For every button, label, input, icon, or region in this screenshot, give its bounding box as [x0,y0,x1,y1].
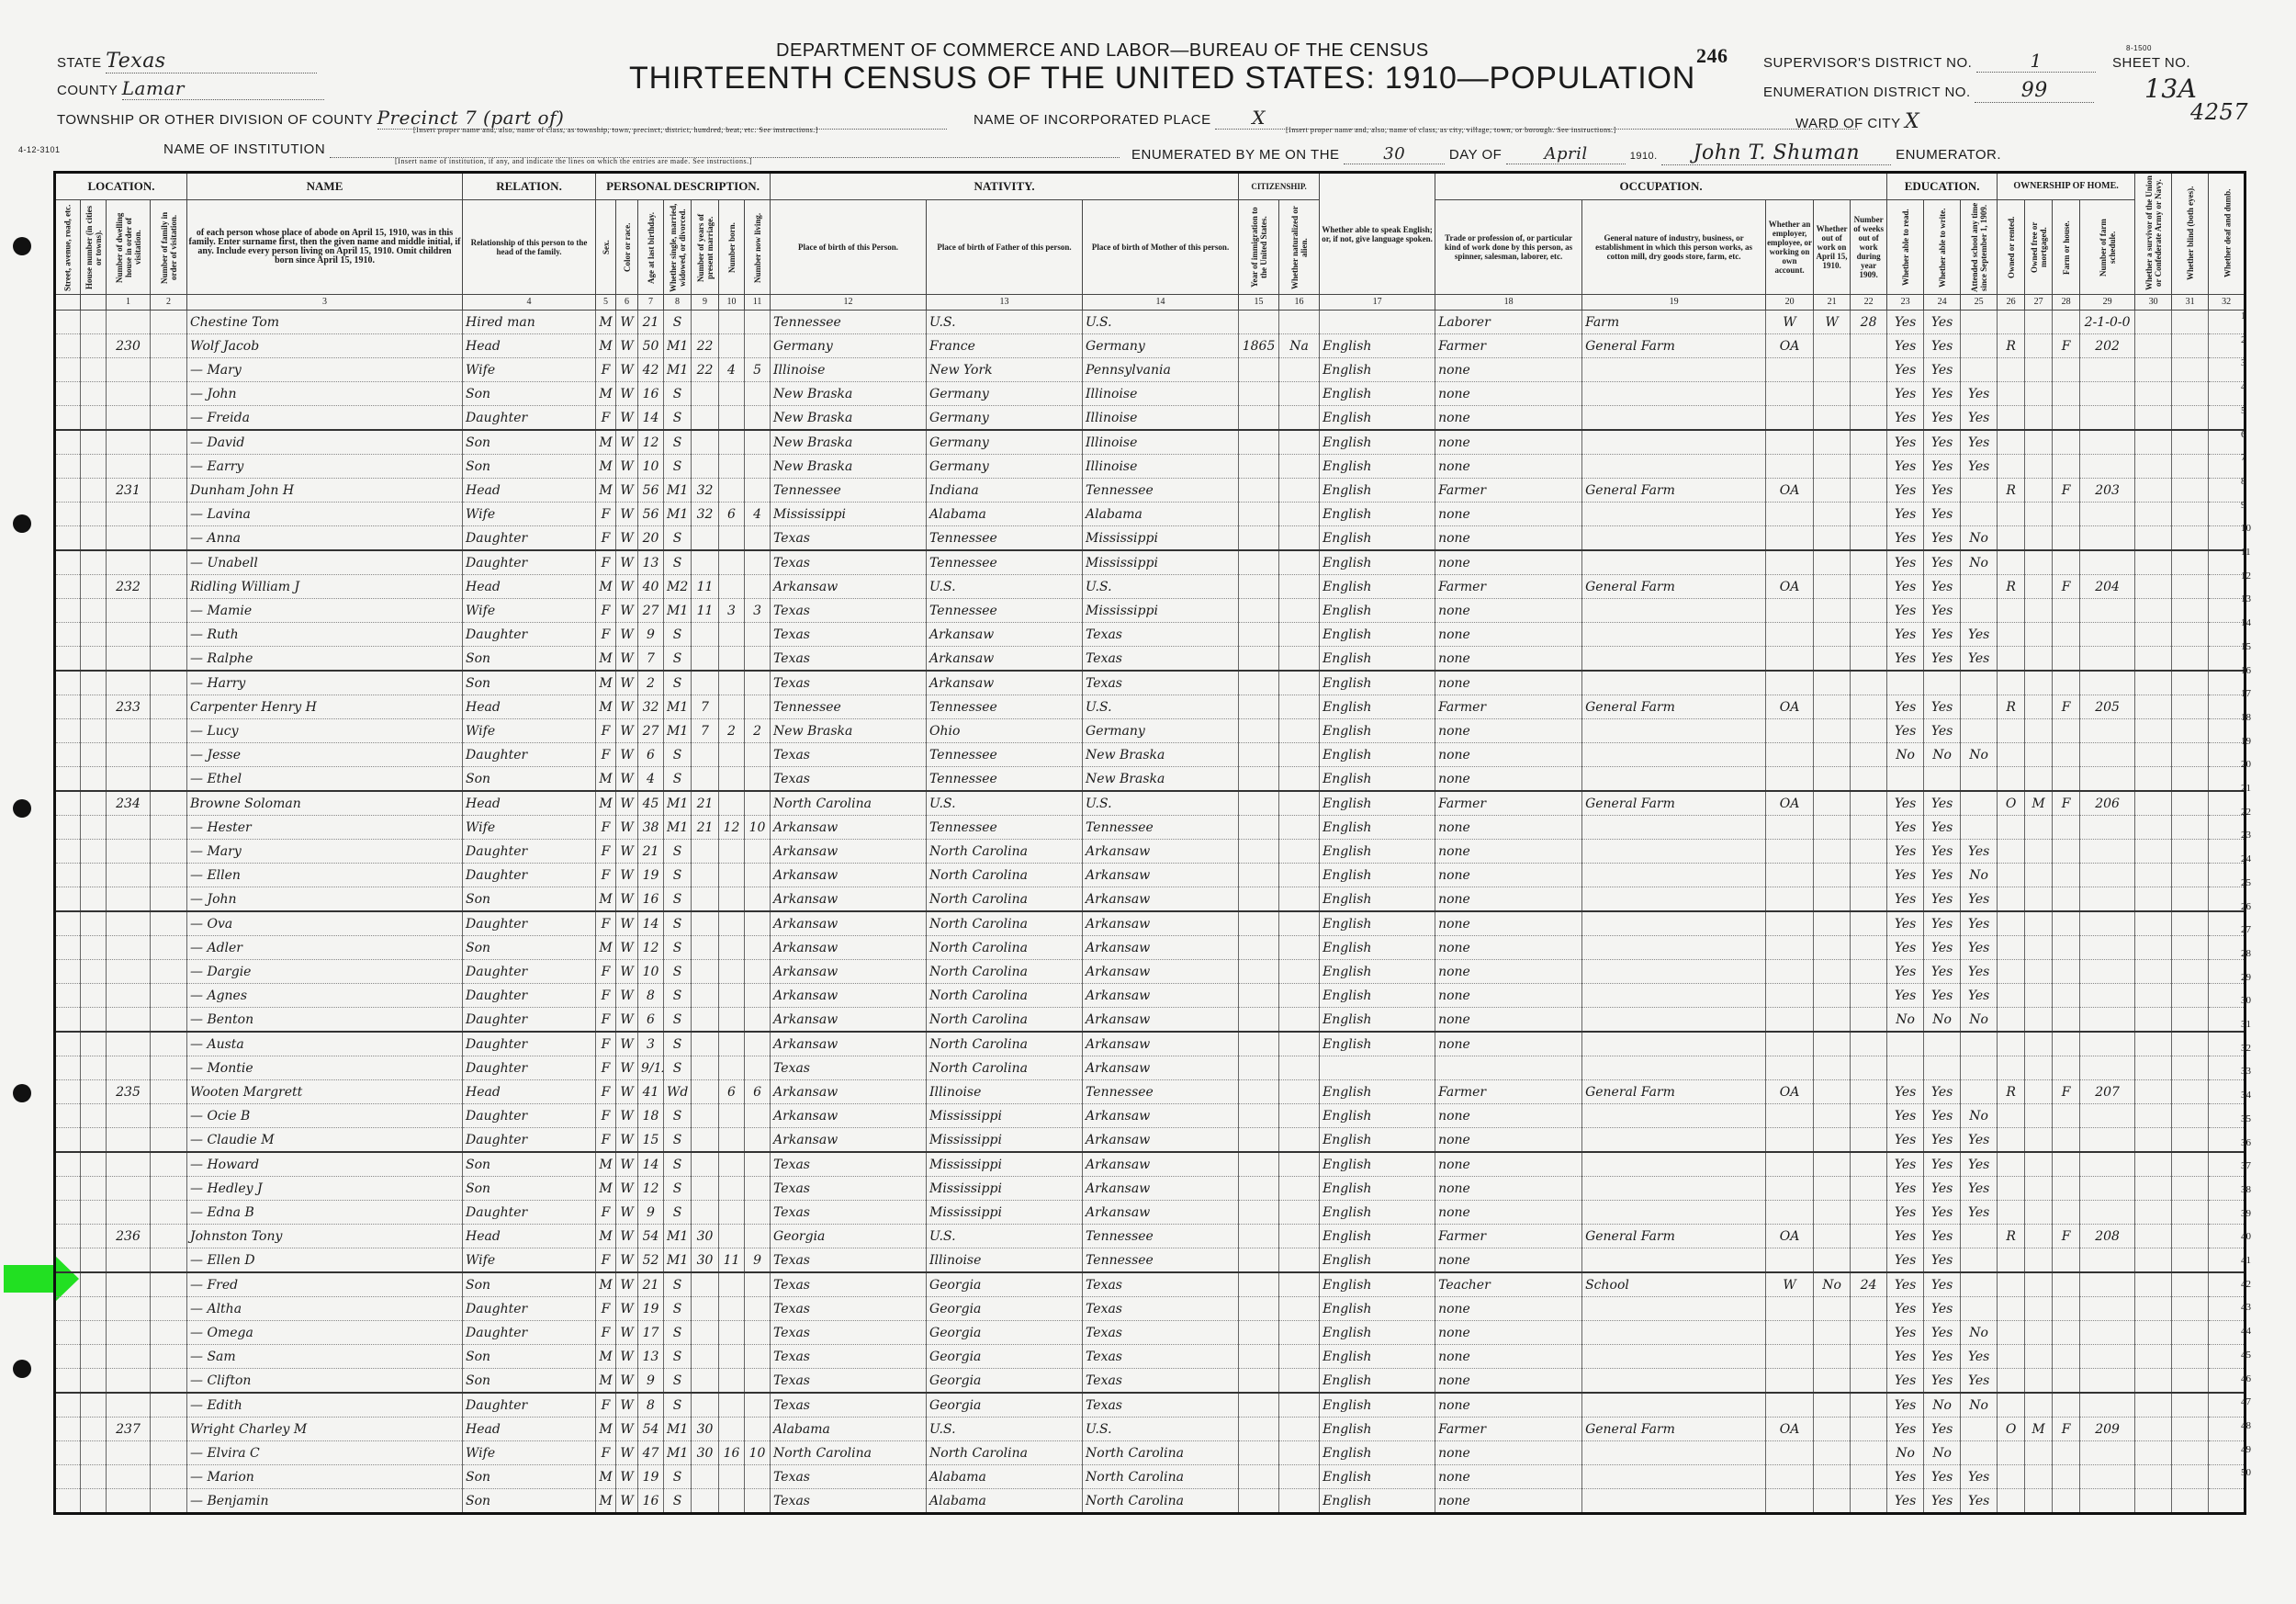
line-number: 31 [2241,1019,2251,1030]
cell-family [151,1272,187,1297]
cell-school [1961,1272,1998,1297]
cell-father-birth: Alabama [927,1489,1083,1514]
cell-farm: F [2053,1418,2080,1441]
cell-relation: Daughter [463,623,596,647]
cell-living [745,791,771,816]
cell-owned [1998,1104,2025,1128]
cell-street [55,1345,81,1369]
cell-weeks [1851,1152,1887,1177]
cell-age: 14 [638,406,664,431]
cell-schedule [2080,647,2135,672]
cell-read: Yes [1887,382,1924,406]
cell-dwelling [107,887,151,912]
cell-language: English [1320,1272,1435,1297]
cell-farm [2053,623,2080,647]
cell-years-married: 21 [692,791,719,816]
cell-deaf [2209,1369,2245,1394]
cell-language: English [1320,695,1435,719]
cell-mortgaged: M [2025,1418,2053,1441]
cell-relation: Son [463,455,596,479]
cell-occupation: none [1435,1465,1582,1489]
cell-industry [1582,1008,1766,1033]
cell-occupation: none [1435,1104,1582,1128]
cell-schedule: 202 [2080,334,2135,358]
cell-father-birth: Tennessee [927,599,1083,623]
cell-class [1766,816,1814,840]
cell-occupation: none [1435,503,1582,526]
cell-occupation: none [1435,1441,1582,1465]
cell-farm [2053,430,2080,455]
cell-blind [2172,1177,2209,1201]
cell-sex: M [596,695,616,719]
cell-race: W [616,984,638,1008]
cell-marital: M1 [664,816,692,840]
cell-street [55,911,81,936]
cell-occupation: none [1435,743,1582,767]
col-dwelling: Number of dwelling house in order of vis… [107,200,151,295]
cell-years-married [692,1032,719,1056]
cell-age: 14 [638,911,664,936]
cell-school: No [1961,864,1998,887]
cell-name: — Edith [187,1393,463,1418]
cell-street [55,1272,81,1297]
cell-write: Yes [1924,864,1961,887]
cell-farm [2053,743,2080,767]
column-number: 8 [664,295,692,311]
cell-age: 9 [638,1201,664,1225]
cell-naturalized [1279,1225,1320,1248]
census-row: 233Carpenter Henry HHeadMW32M17Tennessee… [55,695,2245,719]
cell-industry [1582,406,1766,431]
cell-immigration [1239,1177,1279,1201]
cell-mother-birth: Texas [1083,1369,1239,1394]
cell-years-married: 30 [692,1418,719,1441]
cell-street [55,1393,81,1418]
cell-class: W [1766,1272,1814,1297]
cell-weeks [1851,791,1887,816]
cell-veteran [2135,1248,2172,1273]
cell-immigration [1239,767,1279,792]
cell-weeks [1851,1104,1887,1128]
punch-hole [13,237,31,255]
cell-house [81,1441,107,1465]
cell-occupation: none [1435,526,1582,551]
cell-write: Yes [1924,1489,1961,1514]
cell-living: 2 [745,719,771,743]
cell-school: Yes [1961,887,1998,912]
cell-industry [1582,647,1766,672]
column-number: 19 [1582,295,1766,311]
cell-sex: F [596,1297,616,1321]
cell-dwelling [107,1441,151,1465]
cell-years-married [692,1056,719,1080]
cell-school [1961,695,1998,719]
cell-owned [1998,743,2025,767]
cell-street [55,791,81,816]
cell-marital: S [664,1056,692,1080]
cell-born: 6 [719,503,745,526]
cell-out-of-work [1814,1345,1851,1369]
cell-language: English [1320,382,1435,406]
col-english: Whether able to speak English; or, if no… [1320,173,1435,295]
cell-dwelling [107,406,151,431]
cell-read: Yes [1887,984,1924,1008]
line-number: 5 [2241,405,2246,416]
cell-father-birth: Ohio [927,719,1083,743]
cell-mother-birth: Arkansaw [1083,1008,1239,1033]
cell-street [55,479,81,503]
cell-birth: Arkansaw [771,960,927,984]
cell-mother-birth: Arkansaw [1083,1177,1239,1201]
cell-industry [1582,526,1766,551]
cell-immigration [1239,382,1279,406]
cell-years-married [692,960,719,984]
cell-owned [1998,719,2025,743]
cell-industry [1582,1032,1766,1056]
cell-relation: Son [463,1177,596,1201]
cell-class: OA [1766,575,1814,599]
cell-dwelling [107,767,151,792]
punch-hole [13,799,31,818]
cell-living [745,1152,771,1177]
cell-deaf [2209,840,2245,864]
cell-marital: S [664,382,692,406]
census-row: — Claudie MDaughterFW15SArkansawMississi… [55,1128,2245,1153]
cell-blind [2172,743,2209,767]
cell-naturalized [1279,1369,1320,1394]
cell-born [719,1201,745,1225]
cell-weeks [1851,1345,1887,1369]
cell-school: Yes [1961,1465,1998,1489]
cell-sex: M [596,1418,616,1441]
cell-mortgaged [2025,1177,2053,1201]
cell-mortgaged [2025,1080,2053,1104]
cell-farm [2053,1032,2080,1056]
cell-out-of-work [1814,1369,1851,1394]
cell-house [81,864,107,887]
cell-age: 27 [638,599,664,623]
census-row: 232Ridling William JHeadMW40M211Arkansaw… [55,575,2245,599]
cell-immigration [1239,1056,1279,1080]
cell-class [1766,911,1814,936]
cell-farm [2053,1345,2080,1369]
cell-years-married: 30 [692,1225,719,1248]
cell-schedule [2080,550,2135,575]
cell-weeks [1851,1297,1887,1321]
line-number: 6 [2241,429,2246,440]
line-number: 36 [2241,1137,2251,1148]
cell-relation: Head [463,479,596,503]
cell-deaf [2209,1321,2245,1345]
cell-house [81,1489,107,1514]
cell-birth: Arkansaw [771,1128,927,1153]
cell-immigration [1239,479,1279,503]
cell-out-of-work [1814,1080,1851,1104]
cell-language: English [1320,503,1435,526]
cell-years-married [692,840,719,864]
cell-industry [1582,623,1766,647]
cell-owned: O [1998,1418,2025,1441]
cell-deaf [2209,671,2245,695]
column-number: 23 [1887,295,1924,311]
cell-immigration [1239,623,1279,647]
cell-read: Yes [1887,358,1924,382]
cell-sex: M [596,791,616,816]
sheet-label: SHEET NO. [2112,55,2190,71]
column-number: 29 [2080,295,2135,311]
cell-age: 56 [638,503,664,526]
cell-family [151,382,187,406]
cell-veteran [2135,550,2172,575]
cell-mortgaged [2025,1489,2053,1514]
column-number: 24 [1924,295,1961,311]
cell-birth: Arkansaw [771,575,927,599]
cell-language: English [1320,1369,1435,1394]
cell-veteran [2135,526,2172,551]
cell-race: W [616,1345,638,1369]
cell-birth: Texas [771,623,927,647]
cell-out-of-work [1814,840,1851,864]
cell-veteran [2135,1104,2172,1128]
cell-blind [2172,550,2209,575]
cell-age: 13 [638,1345,664,1369]
cell-house [81,1248,107,1273]
census-row: — EllenDaughterFW19SArkansawNorth Caroli… [55,864,2245,887]
cell-father-birth: U.S. [927,1225,1083,1248]
cell-marital: M1 [664,1441,692,1465]
cell-farm [2053,816,2080,840]
cell-veteran [2135,1441,2172,1465]
line-number: 19 [2241,736,2251,747]
cell-read: Yes [1887,1248,1924,1273]
cell-mother-birth: Arkansaw [1083,840,1239,864]
cell-name: — Ralphe [187,647,463,672]
cell-dwelling [107,671,151,695]
cell-mortgaged [2025,1321,2053,1345]
cell-marital: M1 [664,1248,692,1273]
line-number: 34 [2241,1090,2251,1101]
cell-years-married [692,430,719,455]
cell-write: No [1924,1008,1961,1033]
punch-hole [13,1360,31,1378]
cell-marital: S [664,767,692,792]
cell-father-birth: Arkansaw [927,647,1083,672]
cell-veteran [2135,960,2172,984]
cell-naturalized [1279,1104,1320,1128]
cell-weeks [1851,1248,1887,1273]
cell-marital: S [664,430,692,455]
cell-relation: Son [463,671,596,695]
census-row: 231Dunham John HHeadMW56M132TennesseeInd… [55,479,2245,503]
cell-out-of-work [1814,623,1851,647]
cell-naturalized [1279,1321,1320,1345]
cell-mortgaged [2025,743,2053,767]
cell-father-birth: Tennessee [927,816,1083,840]
col-employer: Whether an employer, employee, or workin… [1766,200,1814,295]
cell-immigration [1239,550,1279,575]
cell-weeks [1851,767,1887,792]
cell-born [719,1128,745,1153]
cell-immigration [1239,1128,1279,1153]
cell-industry [1582,1441,1766,1465]
cell-living [745,1104,771,1128]
cell-sex: F [596,864,616,887]
cell-class [1766,358,1814,382]
cell-schedule: 208 [2080,1225,2135,1248]
cell-owned [1998,1321,2025,1345]
cell-school: Yes [1961,1369,1998,1394]
cell-born: 6 [719,1080,745,1104]
cell-naturalized [1279,887,1320,912]
cell-name: — John [187,382,463,406]
cell-age: 17 [638,1321,664,1345]
cell-house [81,911,107,936]
cell-sex: F [596,1056,616,1080]
cell-mother-birth: Texas [1083,1272,1239,1297]
cell-father-birth: U.S. [927,1418,1083,1441]
cell-family [151,1441,187,1465]
cell-out-of-work [1814,791,1851,816]
cell-school: Yes [1961,1345,1998,1369]
cell-race: W [616,1393,638,1418]
cell-marital: S [664,936,692,960]
cell-father-birth: Tennessee [927,695,1083,719]
cell-born [719,1032,745,1056]
cell-school [1961,1080,1998,1104]
cell-naturalized [1279,358,1320,382]
cell-farm [2053,936,2080,960]
cell-language: English [1320,1297,1435,1321]
census-row: — Ellen DWifeFW52M130119TexasIllinoiseTe… [55,1248,2245,1273]
cell-years-married [692,1128,719,1153]
cell-owned [1998,647,2025,672]
cell-relation: Son [463,382,596,406]
cell-language: English [1320,358,1435,382]
cell-sex: F [596,358,616,382]
col-birthplace: Place of birth of this Person. [771,200,927,295]
cell-blind [2172,695,2209,719]
cell-family [151,1080,187,1104]
cell-street [55,1489,81,1514]
cell-house [81,550,107,575]
cell-farm [2053,1128,2080,1153]
cell-mother-birth: Texas [1083,647,1239,672]
cell-deaf [2209,887,2245,912]
cell-street [55,960,81,984]
cell-birth: New Braska [771,406,927,431]
cell-blind [2172,1008,2209,1033]
cell-write: Yes [1924,1345,1961,1369]
cell-living [745,526,771,551]
cell-living: 10 [745,816,771,840]
cell-born [719,887,745,912]
cell-class: OA [1766,1418,1814,1441]
cell-occupation: Farmer [1435,791,1582,816]
cell-living [745,1032,771,1056]
cell-father-birth: Illinoise [927,1248,1083,1273]
cell-read: Yes [1887,599,1924,623]
cell-sex: M [596,1465,616,1489]
census-row: — MaryWifeFW42M12245IllinoiseNew YorkPen… [55,358,2245,382]
cell-naturalized [1279,984,1320,1008]
cell-years-married [692,864,719,887]
cell-school: Yes [1961,455,1998,479]
cell-owned [1998,1489,2025,1514]
cell-street [55,382,81,406]
cell-industry: General Farm [1582,1225,1766,1248]
cell-street [55,1321,81,1345]
cell-owned [1998,816,2025,840]
cell-schedule [2080,1345,2135,1369]
cell-immigration [1239,1393,1279,1418]
cell-birth: Arkansaw [771,840,927,864]
cell-birth: New Braska [771,382,927,406]
group-nativity: NATIVITY. [771,173,1239,200]
cell-relation: Daughter [463,1128,596,1153]
cell-read: Yes [1887,550,1924,575]
cell-race: W [616,1128,638,1153]
cell-out-of-work [1814,1128,1851,1153]
cell-write: Yes [1924,503,1961,526]
col-industry: General nature of industry, business, or… [1582,200,1766,295]
cell-house [81,791,107,816]
cell-school: Yes [1961,1152,1998,1177]
cell-language: English [1320,455,1435,479]
cell-name: Chestine Tom [187,311,463,334]
cell-sex: M [596,575,616,599]
cell-veteran [2135,1177,2172,1201]
cell-relation: Daughter [463,864,596,887]
cell-street [55,743,81,767]
cell-dwelling [107,1152,151,1177]
cell-weeks [1851,623,1887,647]
cell-blind [2172,526,2209,551]
cell-birth: Germany [771,334,927,358]
cell-marital: S [664,1345,692,1369]
cell-birth: Arkansaw [771,887,927,912]
cell-owned [1998,358,2025,382]
line-number: 43 [2241,1302,2251,1313]
cell-dwelling [107,1008,151,1033]
cell-schedule: 2-1-0-0 [2080,311,2135,334]
cell-farm [2053,1152,2080,1177]
cell-read [1887,1032,1924,1056]
cell-living [745,1297,771,1321]
line-number: 39 [2241,1208,2251,1219]
cell-father-birth: Georgia [927,1369,1083,1394]
cell-immigration [1239,1345,1279,1369]
cell-immigration [1239,358,1279,382]
col-read: Whether able to read. [1887,200,1924,295]
cell-schedule [2080,1008,2135,1033]
cell-dwelling [107,647,151,672]
cell-race: W [616,1008,638,1033]
cell-veteran [2135,503,2172,526]
cell-occupation: none [1435,840,1582,864]
cell-born [719,311,745,334]
cell-street [55,1248,81,1273]
cell-sex: M [596,936,616,960]
cell-father-birth: Tennessee [927,526,1083,551]
cell-age: 21 [638,840,664,864]
cell-sex: F [596,1032,616,1056]
cell-family [151,864,187,887]
cell-name: — John [187,887,463,912]
cell-veteran [2135,623,2172,647]
cell-father-birth: Mississippi [927,1152,1083,1177]
cell-veteran [2135,671,2172,695]
cell-out-of-work [1814,1201,1851,1225]
